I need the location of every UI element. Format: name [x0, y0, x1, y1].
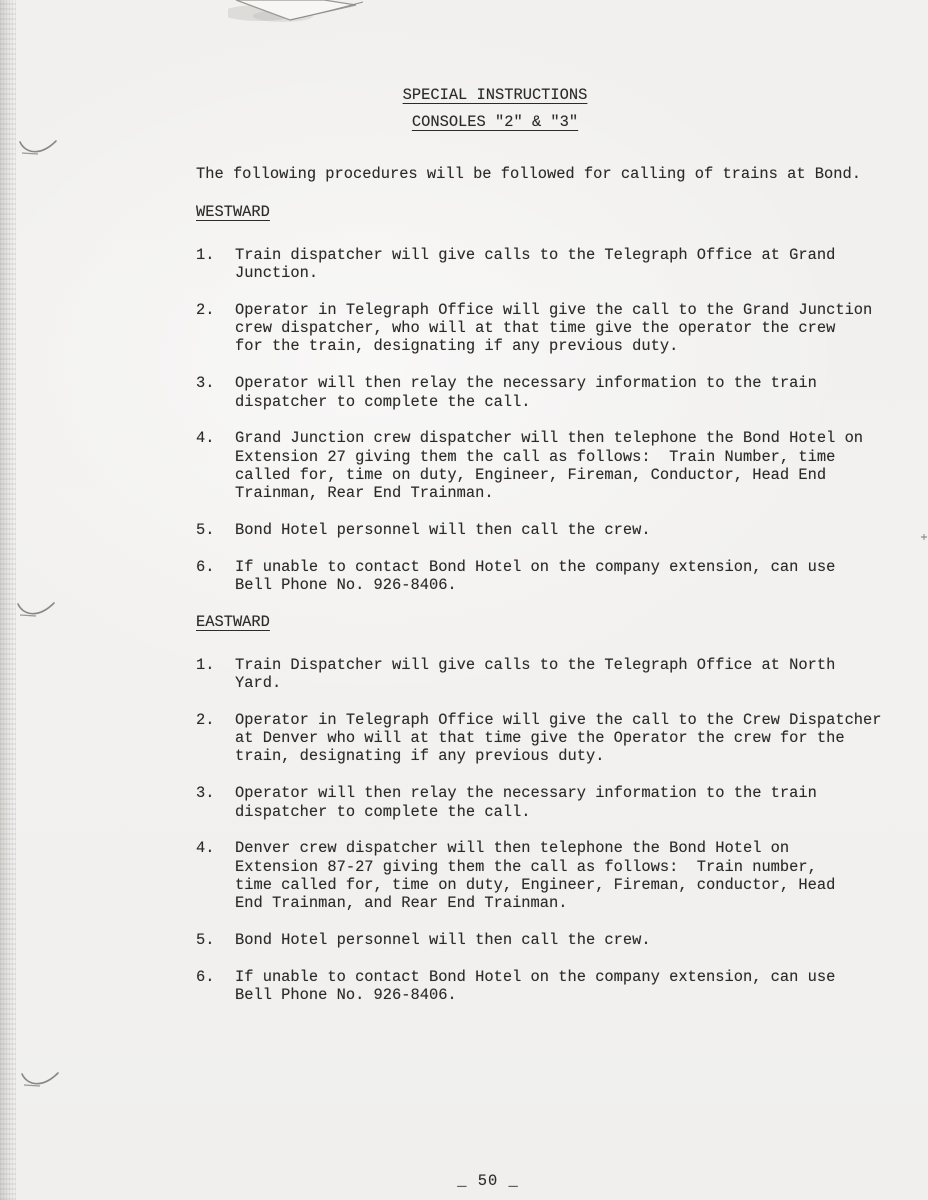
document-subtitle: CONSOLES "2" & "3" [412, 113, 578, 131]
item-number: 4. [196, 429, 235, 502]
item-number: 5. [196, 931, 235, 949]
list-item: 2. Operator in Telegraph Office will giv… [196, 711, 888, 766]
list-item: 5. Bond Hotel personnel will then call t… [196, 521, 888, 539]
item-number: 6. [196, 558, 235, 595]
item-number: 5. [196, 521, 235, 539]
document-content: SPECIAL INSTRUCTIONS CONSOLES "2" & "3" … [0, 0, 928, 1023]
list-item: 3. Operator will then relay the necessar… [196, 374, 888, 411]
item-text: Operator in Telegraph Office will give t… [235, 301, 872, 356]
section-heading-westward: WESTWARD [196, 203, 270, 221]
item-text: Denver crew dispatcher will then telepho… [235, 839, 835, 912]
item-text: Train Dispatcher will give calls to the … [235, 656, 888, 693]
section-westward: WESTWARD 1. Train dispatcher will give c… [196, 203, 888, 594]
list-item: 3. Operator will then relay the necessar… [196, 784, 888, 821]
item-text: Operator in Telegraph Office will give t… [235, 711, 882, 766]
item-text: Bond Hotel personnel will then call the … [235, 931, 651, 949]
item-text: Grand Junction crew dispatcher will then… [235, 429, 863, 502]
item-number: 1. [196, 656, 235, 693]
item-text: If unable to contact Bond Hotel on the c… [235, 968, 835, 1005]
scanned-document-page: SPECIAL INSTRUCTIONS CONSOLES "2" & "3" … [0, 0, 928, 1200]
section-heading-eastward: EASTWARD [196, 613, 270, 631]
list-item: 1. Train dispatcher will give calls to t… [196, 246, 888, 283]
item-number: 6. [196, 968, 235, 1005]
item-number: 2. [196, 711, 235, 766]
list-item: 1. Train Dispatcher will give calls to t… [196, 656, 888, 693]
document-title-block: SPECIAL INSTRUCTIONS CONSOLES "2" & "3" [149, 82, 841, 136]
list-item: 6. If unable to contact Bond Hotel on th… [196, 968, 888, 1005]
item-text: If unable to contact Bond Hotel on the c… [235, 558, 835, 595]
item-number: 2. [196, 301, 235, 356]
item-number: 4. [196, 839, 235, 912]
item-text: Train dispatcher will give calls to the … [235, 246, 835, 283]
list-item: 4. Grand Junction crew dispatcher will t… [196, 429, 888, 502]
intro-paragraph: The following procedures will be followe… [196, 165, 888, 183]
page-number: _ 50 _ [24, 1172, 928, 1190]
section-eastward: EASTWARD 1. Train Dispatcher will give c… [196, 613, 888, 1004]
item-text: Bond Hotel personnel will then call the … [235, 521, 651, 539]
list-item: 4. Denver crew dispatcher will then tele… [196, 839, 888, 912]
item-text: Operator will then relay the necessary i… [235, 374, 817, 411]
page-curl-mark [20, 1068, 62, 1092]
item-number: 1. [196, 246, 235, 283]
list-item: 6. If unable to contact Bond Hotel on th… [196, 558, 888, 595]
item-number: 3. [196, 374, 235, 411]
list-item: 2. Operator in Telegraph Office will giv… [196, 301, 888, 356]
document-title: SPECIAL INSTRUCTIONS [403, 86, 588, 104]
item-text: Operator will then relay the necessary i… [235, 784, 817, 821]
list-item: 5. Bond Hotel personnel will then call t… [196, 931, 888, 949]
item-number: 3. [196, 784, 235, 821]
